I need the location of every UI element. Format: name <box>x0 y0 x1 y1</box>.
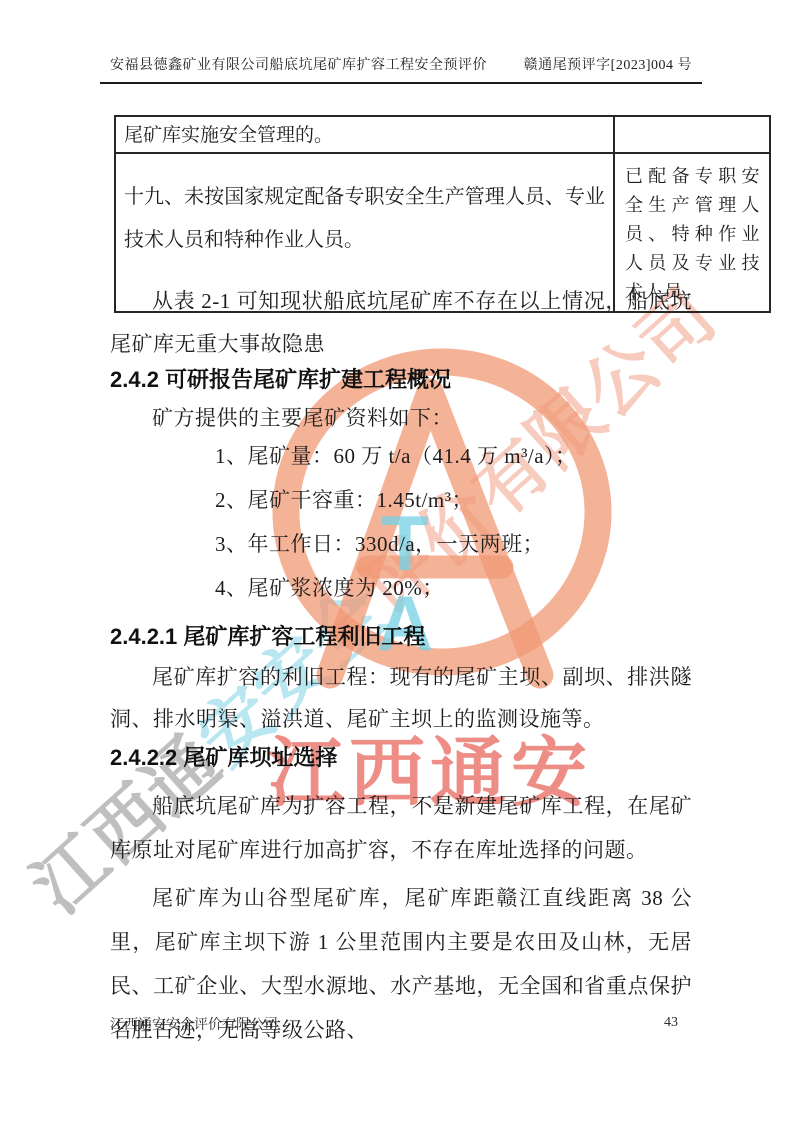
footer-company-name: 江西通安安全评价有限公司 <box>110 1014 278 1034</box>
table-cell-status <box>614 116 770 153</box>
list-item: 1、尾矿量：60 万 t/a（41.4 万 m³/a）； <box>215 444 685 468</box>
section-heading-2-4-2-1: 2.4.2.1 尾矿库扩容工程利旧工程 <box>110 620 710 651</box>
header-report-title: 安福县德鑫矿业有限公司船底坑尾矿库扩容工程安全预评价 <box>110 54 487 74</box>
list-item: 4、尾矿浆浓度为 20%； <box>215 576 685 600</box>
header-divider-line <box>100 82 702 84</box>
document-page: 江西通安安全评价有限公司 TA 江西通安 安福县德鑫矿业有限公司船底坑尾矿库扩容… <box>0 0 800 1131</box>
paragraph-conclusion: 从表 2-1 可知现状船底坑尾矿库不存在以上情况，船底坑尾矿库无重大事故隐患 <box>110 280 692 366</box>
paragraph-site-selection: 船底坑尾矿库为扩容工程，不是新建尾矿库工程，在尾矿库原址对尾矿库进行加高扩容，不… <box>110 784 692 872</box>
footer-page-number: 43 <box>664 1015 678 1031</box>
list-item: 2、尾矿干容重：1.45t/m³； <box>215 488 685 512</box>
tailings-data-list: 1、尾矿量：60 万 t/a（41.4 万 m³/a）； 2、尾矿干容重：1.4… <box>215 444 685 620</box>
list-item: 3、年工作日：330d/a，一天两班； <box>215 532 685 556</box>
paragraph-data-intro: 矿方提供的主要尾矿资料如下： <box>110 405 692 431</box>
table-cell-condition: 尾矿库实施安全管理的。 <box>115 116 614 153</box>
paragraph-reused-works: 尾矿库扩容的利旧工程：现有的尾矿主坝、副坝、排洪隧洞、排水明渠、溢洪道、尾矿主坝… <box>110 656 692 740</box>
section-heading-2-4-2-2: 2.4.2.2 尾矿库坝址选择 <box>110 741 710 772</box>
table-row: 尾矿库实施安全管理的。 <box>115 116 770 153</box>
section-heading-2-4-2: 2.4.2 可研报告尾矿库扩建工程概况 <box>110 363 710 394</box>
header-document-number: 赣通尾预评字[2023]004 号 <box>524 54 692 74</box>
